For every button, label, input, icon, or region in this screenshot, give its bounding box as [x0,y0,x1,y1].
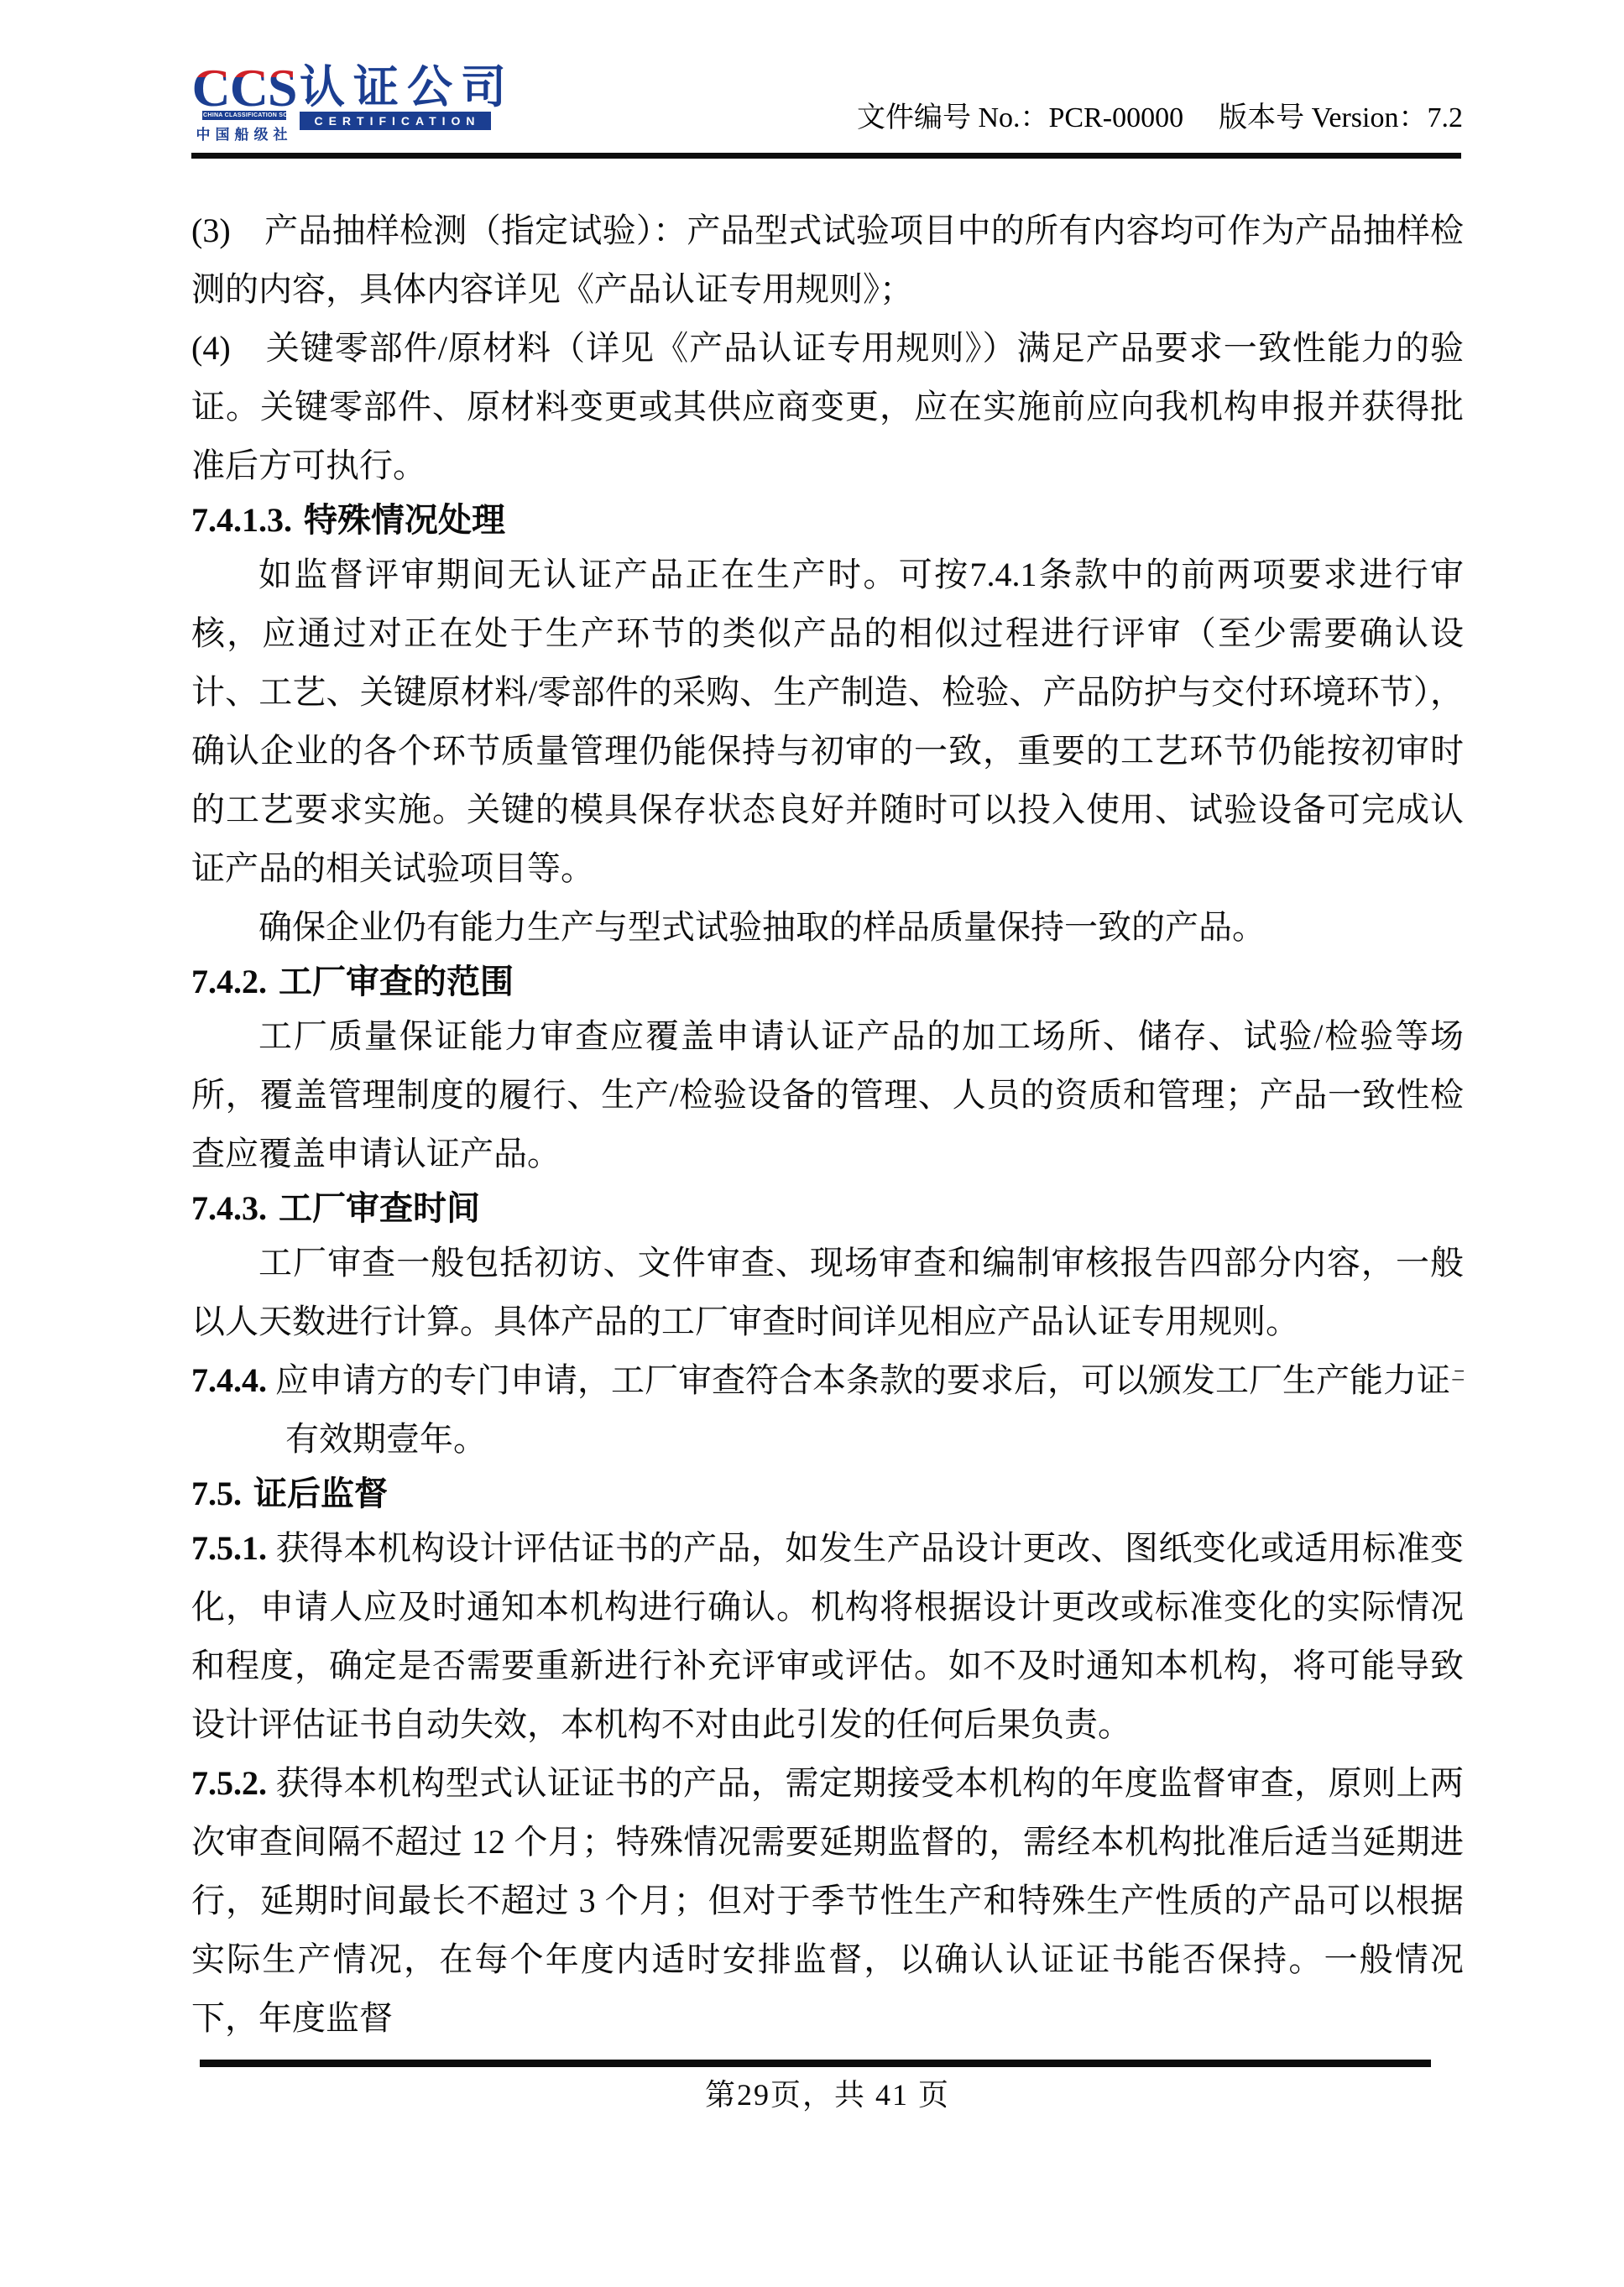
paragraph-item-3: (3) 产品抽样检测（指定试验）：产品型式试验项目中的所有内容均可作为产品抽样检… [191,201,1464,319]
document-body: (3) 产品抽样检测（指定试验）：产品型式试验项目中的所有内容均可作为产品抽样检… [191,201,1464,2116]
clause-number: 7.5.2. [191,1764,267,1802]
paragraph-751: 7.5.1.获得本机构设计评估证书的产品，如发生产品设计更改、图纸变化或适用标准… [191,1519,1464,1754]
paragraph-744: 7.4.4.应申请方的专门申请，工厂审查符合本条款的要求后，可以颁发工厂生产能力… [191,1351,1464,1469]
page-number: 第29页，共 41 页 [191,2074,1464,2116]
section-heading-7413: 7.4.1.3.特殊情况处理 [191,495,1464,546]
document-page: CCS CHINA CLASSIFICATION SOCIETY 中国船级社 认… [0,0,1624,2287]
section-heading-75: 7.5.证后监督 [191,1469,1464,1519]
paragraph-752: 7.5.2.获得本机构型式认证证书的产品，需定期接受本机构的年度监督审查，原则上… [191,1754,1464,2048]
paragraph-742: 工厂质量保证能力审查应覆盖申请认证产品的加工场所、储存、试验/检验等场所，覆盖管… [191,1007,1464,1183]
paragraph-7413-b: 确保企业仍有能力生产与型式试验抽取的样品质量保持一致的产品。 [191,898,1464,957]
section-title: 工厂审查的范围 [279,963,514,1000]
section-title: 工厂审查时间 [279,1190,480,1227]
clause-text: 应申请方的专门申请，工厂审查符合本条款的要求后，可以颁发工厂生产能力证书， [275,1361,1464,1399]
clause-text: 获得本机构设计评估证书的产品，如发生产品设计更改、图纸变化或适用标准变化，申请人… [191,1529,1464,1743]
section-heading-742: 7.4.2.工厂审查的范围 [191,957,1464,1007]
section-number: 7.4.1.3. [191,501,292,539]
section-heading-743: 7.4.3.工厂审查时间 [191,1183,1464,1234]
ccs-society-banner: CHINA CLASSIFICATION SOCIETY [202,111,286,120]
ccs-logo-right: 认证公司 CERTIFICATION [300,67,514,130]
footer-rule [200,2060,1431,2067]
paragraph-743: 工厂审查一般包括初访、文件审查、现场审查和编制审核报告四部分内容，一般以人天数进… [191,1234,1464,1351]
version-number: 版本号 Version：7.2 [1219,102,1463,133]
brand-name: 认证公司 [300,67,514,107]
ccs-chinese-name: 中国船级社 [196,123,293,144]
ccs-logo: CCS CHINA CLASSIFICATION SOCIETY 中国船级社 认… [201,67,514,144]
ccs-wordmark: CCS [191,67,296,109]
section-number: 7.5. [191,1475,242,1512]
paragraph-item-4: (4) 关键零部件/原材料（详见《产品认证专用规则》）满足产品要求一致性能力的验… [191,319,1464,495]
paragraph-744-line1: 7.4.4.应申请方的专门申请，工厂审查符合本条款的要求后，可以颁发工厂生产能力… [191,1351,1464,1410]
clause-number: 7.5.1. [191,1529,267,1567]
document-number: 文件编号 No.：PCR-00000 [857,102,1183,133]
paragraph-7413-a: 如监督评审期间无认证产品正在生产时。可按7.4.1条款中的前两项要求进行审核，应… [191,546,1464,898]
header-rule [191,153,1461,159]
section-title: 证后监督 [253,1475,388,1512]
document-meta: 文件编号 No.：PCR-00000版本号 Version：7.2 [857,94,1463,135]
paragraph-744-line2: 有效期壹年。 [191,1410,1464,1469]
section-number: 7.4.3. [191,1189,267,1227]
ccs-logo-left: CCS CHINA CLASSIFICATION SOCIETY 中国船级社 [201,67,287,144]
section-number: 7.4.2. [191,963,267,1000]
clause-text: 获得本机构型式认证证书的产品，需定期接受本机构的年度监督审查，原则上两次审查间隔… [191,1764,1464,2037]
section-title: 特殊情况处理 [304,502,505,539]
certification-banner: CERTIFICATION [300,112,491,130]
clause-number: 7.4.4. [191,1361,267,1399]
